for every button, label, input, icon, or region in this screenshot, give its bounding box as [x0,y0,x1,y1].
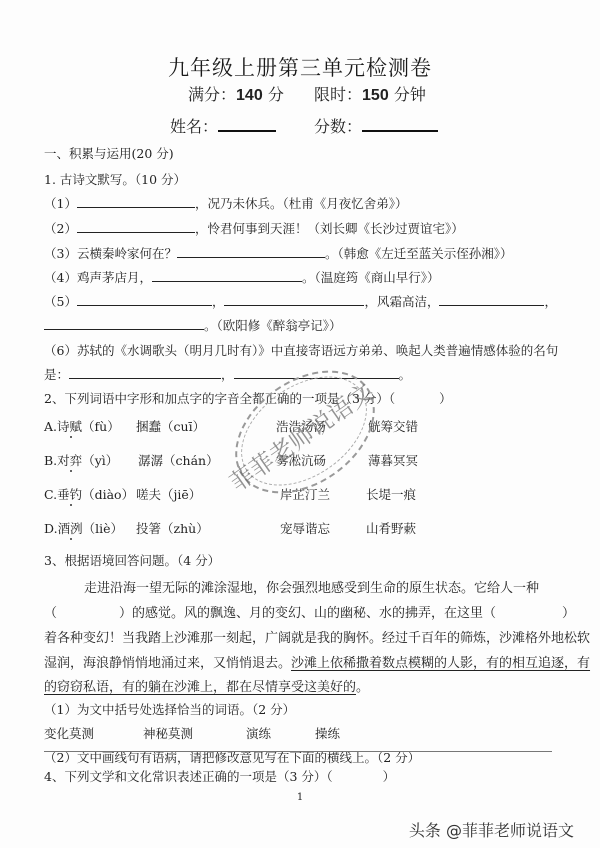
option-label: B. [44,453,57,468]
q2-option-d-w3: 宠辱谐忘 [280,519,330,537]
time-limit: 限时：150 分钟 [314,82,426,105]
full-score-value: 140 [236,87,263,104]
option-word: 对弈 [57,453,82,468]
option-pinyin: （jiē） [161,487,201,502]
q1-item-1: （1），况乃未休兵。（杜甫《月夜忆舍弟》） [44,194,407,212]
q1-heading: 1. 古诗文默写。（10 分） [44,170,186,188]
full-score-unit: 分 [268,85,284,104]
item-prefix: 云横秦岭家何在？ [77,246,177,261]
answer-blank[interactable] [177,256,325,258]
q3-sub1: （1）为文中括号处选择恰当的词语。（2 分） [44,700,295,718]
option-pinyin: （diào） [82,487,134,502]
source-watermark: 头条 @菲菲老师说语文 [409,818,574,841]
exam-title: 九年级上册第三单元检测卷 [0,52,600,82]
underlined-sentence: 沙滩上依稀撒着数点模糊的人影，有的相互追逐，有 [291,656,590,671]
option-word: 垂钓 [57,487,82,502]
answer-blank[interactable] [439,304,544,306]
answer-blank[interactable] [69,377,221,379]
answer-blank[interactable] [77,231,195,233]
option-word: 投箸 [136,521,161,536]
q2-option-a[interactable]: A.诗赋（fù） [44,417,120,435]
option-word: 酒洌 [58,521,83,536]
option-label: D. [44,521,58,536]
score-label: 分数： [314,117,362,136]
page-number: 1 [0,792,600,803]
q1-item-6: （6）苏轼的《水调歌头（明月几时有）》中直接寄语远方弟弟、唤起人类普遍情感体验的… [44,341,558,359]
item-number: （2） [44,221,77,236]
answer-blank[interactable] [224,304,364,306]
q2-option-a-w2: 捆蠢（cuī） [136,417,205,435]
item-prefix: 是： [44,367,69,382]
time-limit-label: 限时： [314,85,362,104]
q1-item-5: （5），，风霜高洁，， [44,292,557,310]
q3-choice-2: 神秘莫测 [143,724,193,742]
q4-heading-text: 4、下列文学和文化常识表述正确的一项是（3 分）（ [44,769,333,784]
answer-blank[interactable] [77,304,212,306]
q3-para-line3: 着各种变幻！当我踏上沙滩那一刻起，广阔就是我的胸怀。经过千百年的筛炼，沙滩格外地… [44,627,590,646]
para-text: 湿润，海浪静悄悄地涌过来，又悄悄退去。 [44,656,291,671]
full-score: 满分：140 分 [188,82,284,105]
name-field[interactable]: 姓名： [170,114,276,137]
q3-choice-4: 操练 [315,724,340,742]
score-blank[interactable] [362,129,438,132]
q2-heading-end: ） [439,391,452,406]
q3-choice-3: 演练 [246,724,271,742]
bracket-close: ） [562,606,575,621]
q1-item-3: （3）云横秦岭家何在？。（韩愈《左迁至蓝关示侄孙湘》） [44,244,512,262]
para-end: 。 [356,680,369,695]
option-pinyin: （zhù） [161,521,209,536]
option-label: A. [44,419,57,434]
q3-para-line5: 的窃窃私语，有的躺在沙滩上，都在尽情享受这美好的。 [44,676,369,695]
q3-heading: 3、根据语境回答问题。（4 分） [44,551,220,569]
item-number: （1） [44,196,77,211]
item-number: （3） [44,246,77,261]
q4-heading: 4、下列文学和文化常识表述正确的一项是（3 分）（） [44,767,395,785]
option-word: 诗赋 [57,419,82,434]
para-text: ）的感觉。风的飘逸、月的变幻、山的幽秘、水的拂弄，在这里（ [119,606,496,621]
bracket-open: （ [44,606,57,621]
option-pinyin: （fù） [82,419,120,434]
q1-item-2: （2），怜君何事到天涯！（刘长卿《长沙过贾谊宅》） [44,219,464,237]
item-text: 。（温庭筠《商山早行》） [302,270,440,285]
option-pinyin: （yì） [82,453,118,468]
q3-choice-1: 变化莫测 [44,724,94,742]
separator: ， [212,294,225,309]
q2-option-c-w4: 长堤一痕 [366,485,416,503]
item-prefix: 苏轼的《水调歌头（明月几时有）》中直接寄语远方弟弟、唤起人类普遍情感体验的名句 [77,343,558,358]
option-word: 潺潺 [138,453,163,468]
q2-option-c[interactable]: C.垂钓（diào） [44,485,134,503]
option-pinyin: （liè） [83,521,123,536]
item-number: （4） [44,270,77,285]
name-label: 姓名： [170,117,218,136]
q2-option-d[interactable]: D.酒洌（liè） [44,519,123,537]
answer-blank[interactable] [44,328,204,330]
item-number: （5） [44,294,77,309]
underlined-sentence: 的窃窃私语，有的躺在沙滩上，都在尽情享受这美好的 [44,680,356,695]
q2-option-b[interactable]: B.对弈（yì） [44,451,118,469]
full-score-label: 满分： [188,85,236,104]
section1-heading: 一、积累与运用(20 分) [44,144,174,162]
score-field[interactable]: 分数： [314,114,438,137]
option-label: C. [44,487,57,502]
time-limit-unit: 分钟 [394,85,426,104]
q2-option-b-w4: 薄暮冥冥 [368,451,418,469]
separator: ，风霜高洁， [364,294,439,309]
q2-option-a-w4: 觥筹交错 [368,417,418,435]
q3-para-line4: 湿润，海浪静悄悄地涌过来，又悄悄退去。沙滩上依稀撒着数点模糊的人影，有的相互追逐… [44,652,590,671]
separator: ， [221,367,234,382]
q4-heading-end: ） [383,769,396,784]
q2-option-c-w2: 嗟夫（jiē） [136,485,201,503]
item-prefix: 鸡声茅店月， [77,270,152,285]
item-number: （6） [44,343,77,358]
q2-option-b-w2: 潺潺（chán） [138,451,219,469]
option-pinyin: （cuī） [161,419,205,434]
item-text: 。（韩愈《左迁至蓝关示侄孙湘》） [325,246,513,261]
q3-para-line2: （）的感觉。风的飘逸、月的变幻、山的幽秘、水的拂弄，在这里（） [44,602,575,621]
q2-heading: 2、下列词语中字形和加点字的字音全都正确的一项是（3 分）（） [44,389,452,407]
time-limit-value: 150 [362,87,389,104]
q1-item-5-cont: 。（欧阳修《醉翁亭记》） [44,316,342,334]
q2-option-d-w2: 投箸（zhù） [136,519,209,537]
item-text: 。（欧阳修《醉翁亭记》） [204,318,342,333]
q3-para-line1: 走进沿海一望无际的滩涂湿地，你会强烈地感受到生命的原生状态。它给人一种 [84,577,539,596]
option-word: 捆蠢 [136,419,161,434]
answer-line[interactable] [44,751,552,752]
name-blank[interactable] [218,129,276,132]
option-word: 嗟夫 [136,487,161,502]
q1-item-4: （4）鸡声茅店月，。（温庭筠《商山早行》） [44,268,439,286]
option-pinyin: （chán） [163,453,219,468]
item-text: ，怜君何事到天涯！（刘长卿《长沙过贾谊宅》） [195,221,464,236]
separator: 。 [399,367,412,382]
item-text: ，况乃未休兵。（杜甫《月夜忆舍弟》） [195,196,408,211]
answer-blank[interactable] [77,206,195,208]
answer-blank[interactable] [152,280,302,282]
q2-option-d-w4: 山肴野蔌 [366,519,416,537]
separator: ， [544,294,557,309]
